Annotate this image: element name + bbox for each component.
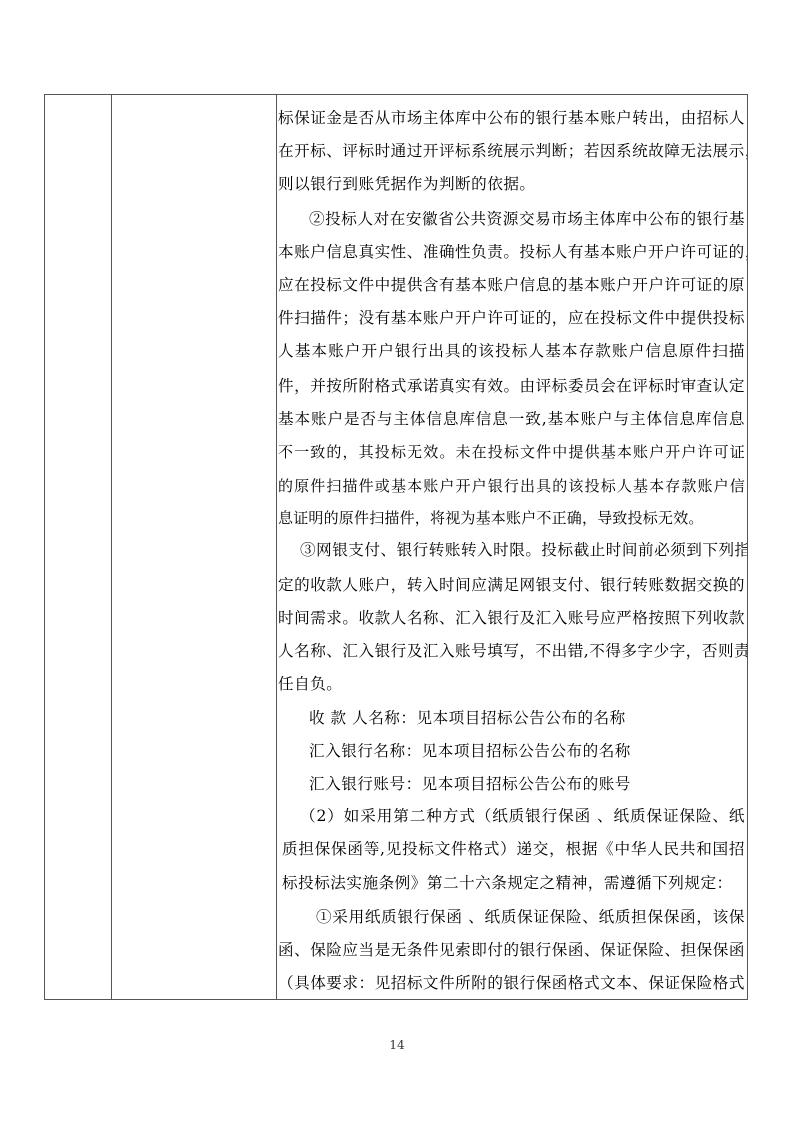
text-line: 不一致的，其投标无效。未在投标文件中提供基本账户开户许可证	[278, 440, 745, 464]
text-line: 应在投标文件中提供含有基本账户信息的基本账户开户许可证的原	[278, 273, 745, 297]
text-line: 函、保险应当是无条件见索即付的银行保函、保证保险、担保保函	[278, 938, 745, 962]
text-line: （2）如采用第二种方式（纸质银行保函 、纸质保证保险、纸	[278, 804, 745, 828]
text-line: 任自负。	[278, 672, 745, 696]
text-line: 标保证金是否从市场主体库中公布的银行基本账户转出，由招标人	[278, 106, 745, 130]
payee-name-line: 收 款 人名称：见本项目招标公告公布的名称	[278, 706, 745, 730]
text-line: ②投标人对在安徽省公共资源交易市场主体库中公布的银行基	[278, 207, 745, 231]
text-line: 质担保保函等,见投标文件格式）递交，根据《中华人民共和国招	[282, 837, 745, 861]
text-line: 息证明的原件扫描件，将视为基本账户不正确，导致投标无效。	[278, 506, 745, 530]
bank-name-line: 汇入银行名称：见本项目招标公告公布的名称	[278, 739, 745, 763]
text-line: 时间需求。收款人名称、汇入银行及汇入账号应严格按照下列收款	[278, 606, 745, 630]
text-line: ①采用纸质银行保函 、纸质保证保险、纸质担保保函，该保	[278, 905, 745, 929]
text-line: 本账户信息真实性、准确性负责。投标人有基本账户开户许可证的，	[278, 240, 745, 264]
text-line: 件扫描件；没有基本账户开户许可证的，应在投标文件中提供投标	[278, 306, 745, 330]
text-line: 人基本账户开户银行出具的该投标人基本存款账户信息原件扫描	[278, 339, 745, 363]
bank-account-line: 汇入银行账号：见本项目招标公告公布的账号	[278, 772, 745, 796]
text-line: ③网银支付、银行转账转入时限。投标截止时间前必须到下列指	[278, 538, 745, 562]
text-line: 则以银行到账凭据作为判断的依据。	[278, 172, 745, 196]
content-table: 标保证金是否从市场主体库中公布的银行基本账户转出，由招标人 在开标、评标时通过开…	[44, 94, 748, 1000]
text-line: 人名称、汇入银行及汇入账号填写，不出错,不得多字少字，否则责	[278, 639, 745, 663]
requirements-cell: 标保证金是否从市场主体库中公布的银行基本账户转出，由招标人 在开标、评标时通过开…	[277, 95, 747, 999]
text-line: 定的收款人账户，转入时间应满足网银支付、银行转账数据交换的	[278, 573, 745, 597]
text-line: 标投标法实施条例》第二十六条规定之精神，需遵循下列规定：	[282, 871, 745, 895]
text-line: 在开标、评标时通过开评标系统展示判断；若因系统故障无法展示，	[278, 139, 745, 163]
text-line: 件，并按所附格式承诺真实有效。由评标委员会在评标时审查认定	[278, 374, 745, 398]
page-number: 14	[387, 1038, 407, 1052]
text-line: 的原件扫描件或基本账户开户银行出具的该投标人基本存款账户信	[278, 474, 745, 498]
column-divider-1	[111, 95, 112, 999]
text-line: 基本账户是否与主体信息库信息一致,基本账户与主体信息库信息	[278, 407, 745, 431]
text-line: （具体要求：见招标文件所附的银行保函格式文本、保证保险格式	[278, 971, 745, 995]
